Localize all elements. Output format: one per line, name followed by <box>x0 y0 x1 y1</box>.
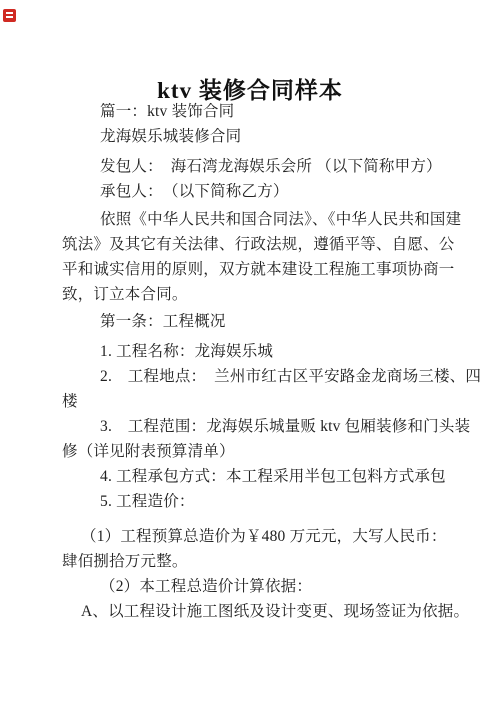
badge-glyph <box>6 12 13 14</box>
doc-line: 承包人： （以下简称乙方） <box>62 182 289 202</box>
doc-line: 4. 工程承包方式：本工程采用半包工包料方式承包 <box>62 467 446 487</box>
doc-line: 筑法》及其它有关法律、行政法规，遵循平等、自愿、公 <box>62 235 455 255</box>
doc-line: 肆佰捌拾万元整。 <box>62 552 188 572</box>
doc-line: 1. 工程名称：龙海娱乐城 <box>62 342 273 362</box>
doc-line: 致，订立本合同。 <box>62 285 188 305</box>
doc-line: 3. 工程范围：龙海娱乐城量贩 ktv 包厢装修和门头装 <box>62 417 470 437</box>
doc-line: 楼 <box>62 392 78 412</box>
doc-line: 第一条：工程概况 <box>62 312 226 332</box>
doc-line: 修（详见附表预算清单） <box>62 442 235 462</box>
doc-line: 发包人： 海石湾龙海娱乐会所 （以下简称甲方） <box>62 157 442 177</box>
doc-line: 2. 工程地点： 兰州市红古区平安路金龙商场三楼、四 <box>62 367 481 387</box>
doc-line: A、以工程设计施工图纸及设计变更、现场签证为依据。 <box>62 602 469 622</box>
doc-line: 平和诚实信用的原则，双方就本建设工程施工事项协商一 <box>62 260 455 280</box>
page-title: ktv 装修合同样本 <box>0 72 500 105</box>
doc-line: 龙海娱乐城装修合同 <box>62 127 241 147</box>
doc-line: 篇一：ktv 装饰合同 <box>62 102 234 122</box>
doc-line: 依照《中华人民共和国合同法》、《中华人民共和国建 <box>62 210 461 230</box>
doc-line: （1）工程预算总造价为￥480 万元元，大写人民币： <box>62 527 447 547</box>
doc-line: 5. 工程造价： <box>62 492 195 512</box>
doc-line: （2）本工程总造价计算依据： <box>62 577 312 597</box>
red-document-badge-icon <box>3 9 16 22</box>
document-page: ktv 装修合同样本 篇一：ktv 装饰合同 龙海娱乐城装修合同 发包人： 海石… <box>0 0 500 708</box>
